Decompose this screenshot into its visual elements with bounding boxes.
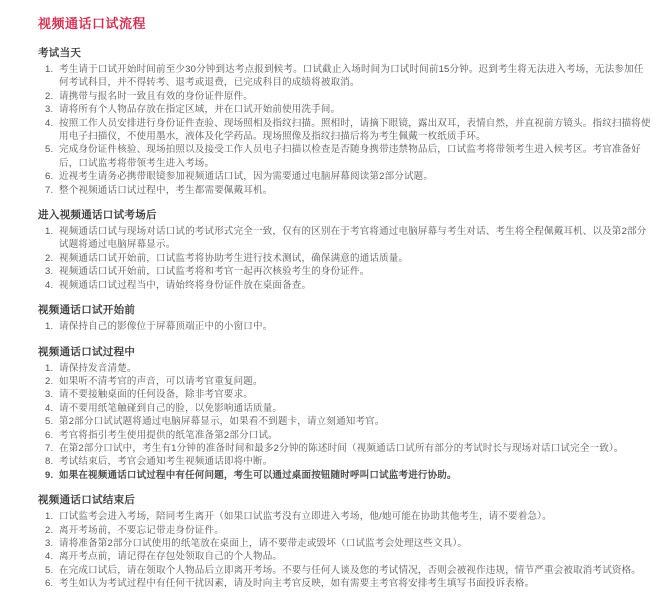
- list-item: 请不要接触桌面的任何设备，除非考官要求。: [45, 388, 652, 401]
- list-item: 请不要用纸笔触碰到自己的脸，以免影响通话质量。: [45, 402, 652, 415]
- section: 考试当天考生请于口试开始时间前至少30分钟到达考点报到候考。口试截止入场时间为口…: [38, 45, 652, 197]
- list-item: 考生如认为考试过程中有任何干扰因素，请及时向主考官反映，如有需要主考官将安排考生…: [45, 577, 652, 590]
- page-title: 视频通话口试流程: [38, 13, 652, 32]
- list-item: 请保持自己的影像位于屏幕顶端正中的小窗口中。: [45, 320, 652, 333]
- list-item: 考生请于口试开始时间前至少30分钟到达考点报到候考。口试截止入场时间为口试时间前…: [45, 63, 652, 90]
- list-item: 在完成口试后，请在领取个人物品后立即离开考场。不要与任何人谈及您的考试情况，否则…: [45, 564, 652, 577]
- list-item: 视频通话口试开始前，口试监考将和考官一起再次核验考生的身份证件。: [45, 265, 652, 278]
- section-heading: 进入视频通话口试考场后: [38, 207, 652, 222]
- section: 视频通话口试开始前请保持自己的影像位于屏幕顶端正中的小窗口中。: [38, 302, 652, 333]
- list-item: 近视考生请务必携带眼镜参加视频通话口试，因为需要通过电脑屏幕阅读第2部分试题。: [45, 170, 652, 183]
- list-item: 视频通话口试过程当中，请始终将身份证件放在桌面备查。: [45, 279, 652, 292]
- list-item: 请保持发音清楚。: [45, 362, 652, 375]
- list-item: 整个视频通话口试过程中，考生都需要佩戴耳机。: [45, 184, 652, 197]
- list-item: 请将所有个人物品存放在指定区域，并在口试开始前使用洗手间。: [45, 103, 652, 116]
- list-item: 在第2部分口试中，考生有1分钟的准备时间和最多2分钟的陈述时间（视频通话口试所有…: [45, 442, 652, 455]
- section-heading: 视频通话口试结束后: [38, 492, 652, 507]
- section-list: 请保持自己的影像位于屏幕顶端正中的小窗口中。: [38, 320, 652, 333]
- section-heading: 考试当天: [38, 45, 652, 60]
- list-item: 完成身份证件核验、现场拍照以及接受工作人员电子扫描以检查是否随身携带违禁物品后，…: [45, 143, 652, 170]
- list-item: 按照工作人员安排进行身份证件查验、现场照相及指纹扫描。照相时，请摘下眼镜，露出双…: [45, 117, 652, 144]
- list-item: 考官将指引考生使用提供的纸笔准备第2部分口试。: [45, 429, 652, 442]
- document-page: 视频通话口试流程 考试当天考生请于口试开始时间前至少30分钟到达考点报到候考。口…: [0, 0, 660, 612]
- section: 进入视频通话口试考场后视频通话口试与现场对话口试的考试形式完全一致，仅有的区别在…: [38, 207, 652, 292]
- section-list: 考生请于口试开始时间前至少30分钟到达考点报到候考。口试截止入场时间为口试时间前…: [38, 63, 652, 197]
- section: 视频通话口试结束后口试监考会进入考场，陪同考生离开（如果口试监考没有立即进入考场…: [38, 492, 652, 590]
- section-heading: 视频通话口试开始前: [38, 302, 652, 317]
- sections-container: 考试当天考生请于口试开始时间前至少30分钟到达考点报到候考。口试截止入场时间为口…: [38, 45, 652, 591]
- list-item: 如果在视频通话口试过程中有任何问题，考生可以通过桌面按钮随时呼叫口试监考进行协助…: [45, 469, 652, 482]
- list-item: 请携带与报名时一致且有效的身份证件原件。: [45, 90, 652, 103]
- list-item: 视频通话口试开始前，口试监考将协助考生进行技术测试，确保满意的通话质量。: [45, 252, 652, 265]
- section: 视频通话口试过程中请保持发音清楚。如果听不清考官的声音，可以请考官重复问题。请不…: [38, 344, 652, 483]
- section-list: 口试监考会进入考场，陪同考生离开（如果口试监考没有立即进入考场，他/她可能在协助…: [38, 510, 652, 590]
- list-item: 请将准备第2部分口试使用的纸笔放在桌面上，请不要带走或毁坏（口试监考会处理这些文…: [45, 537, 652, 550]
- list-item: 离开考场前，不要忘记带走身份证件。: [45, 524, 652, 537]
- list-item: 口试监考会进入考场，陪同考生离开（如果口试监考没有立即进入考场，他/她可能在协助…: [45, 510, 652, 523]
- list-item: 离开考点前，请记得在存包处领取自己的个人物品。: [45, 550, 652, 563]
- list-item: 考试结束后，考官会通知考生视频通话即将中断。: [45, 455, 652, 468]
- section-list: 视频通话口试与现场对话口试的考试形式完全一致，仅有的区别在于考官将通过电脑屏幕与…: [38, 225, 652, 292]
- section-list: 请保持发音清楚。如果听不清考官的声音，可以请考官重复问题。请不要接触桌面的任何设…: [38, 362, 652, 483]
- section-heading: 视频通话口试过程中: [38, 344, 652, 359]
- list-item: 第2部分口试试题将通过电脑屏幕显示，如果看不到题卡，请立刻通知考官。: [45, 415, 652, 428]
- list-item: 如果听不清考官的声音，可以请考官重复问题。: [45, 375, 652, 388]
- list-item: 视频通话口试与现场对话口试的考试形式完全一致，仅有的区别在于考官将通过电脑屏幕与…: [45, 225, 652, 252]
